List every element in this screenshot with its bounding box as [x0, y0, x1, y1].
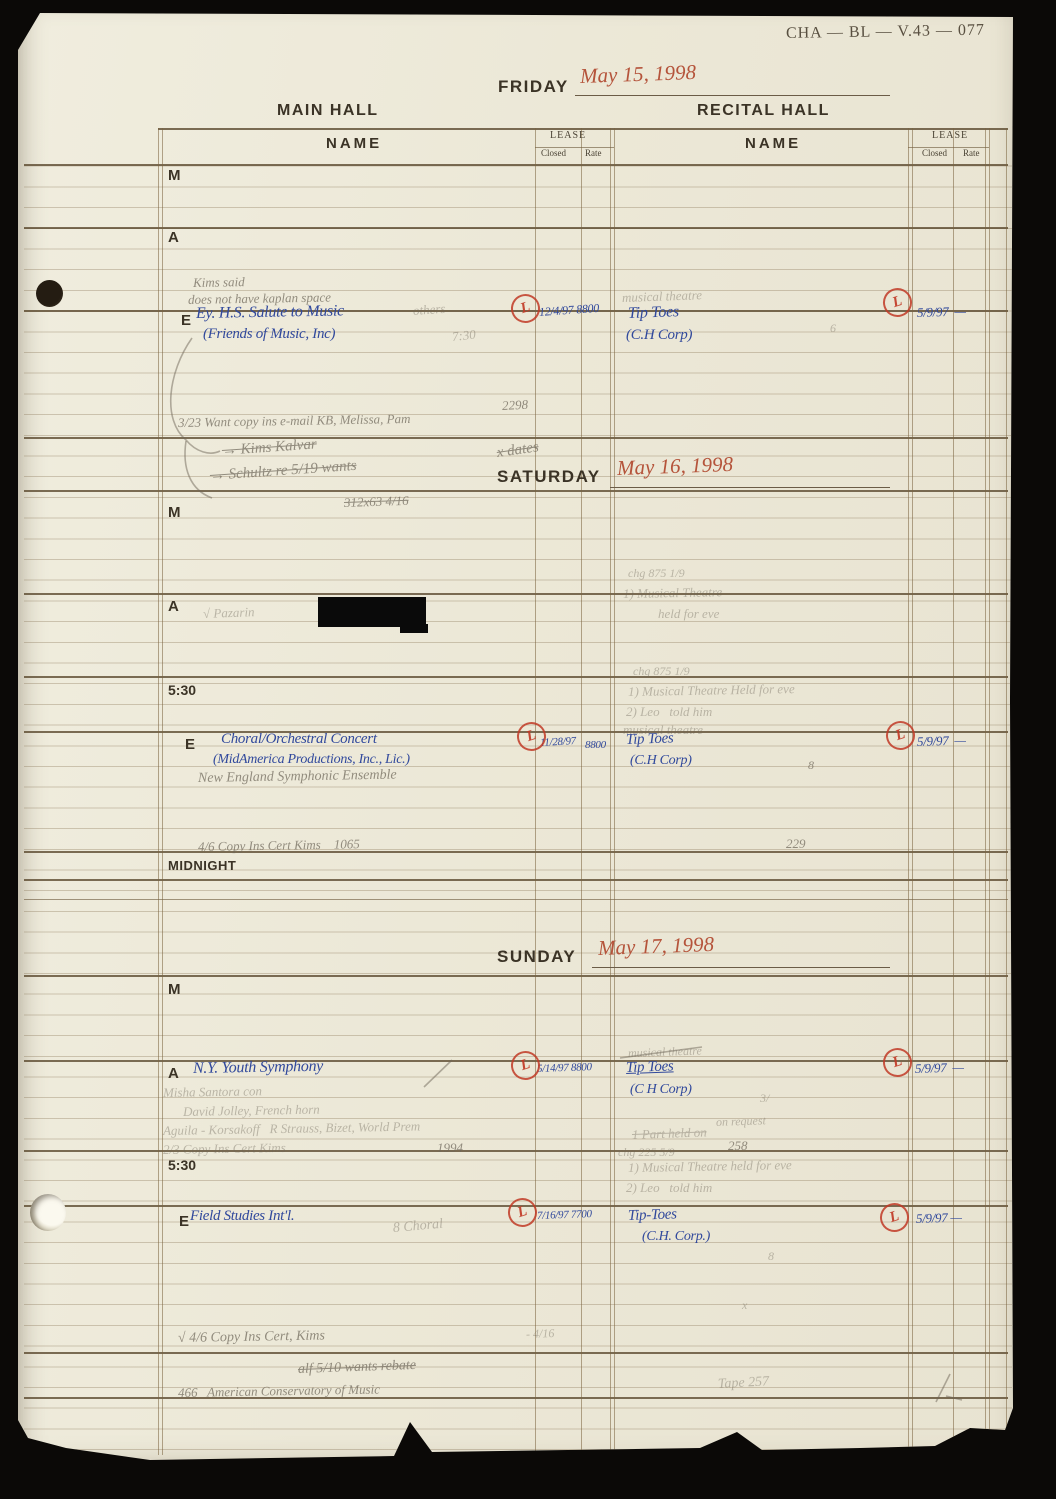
lease-header-recital: LEASE	[932, 131, 968, 141]
note-312: 312x63 4/16	[344, 494, 409, 510]
note-santora: Misha Santora con	[163, 1084, 262, 1099]
scan-background: CHA — BL — V.43 — 077FRIDAYMay 15, 1998M…	[0, 0, 1056, 1499]
hole-punch-bottom	[30, 1194, 66, 1231]
time-label-530: 5:30	[168, 1158, 196, 1173]
time-label-530: 5:30	[168, 683, 196, 698]
entry-friday-main-e: Ey. H.S. Salute to Music	[196, 303, 344, 322]
time-label-morning: M	[168, 505, 181, 521]
note-8-sat: 8	[808, 759, 814, 771]
note-part-held: 1 Part held on	[632, 1125, 707, 1141]
note-6: 6	[830, 322, 836, 334]
note-2298: 2298	[502, 398, 529, 413]
note-8-sun: 8	[768, 1250, 774, 1262]
entry-friday-main-e2: (Friends of Music, Inc)	[203, 327, 335, 343]
time-label-midnight: MIDNIGHT	[168, 859, 236, 873]
lease-saturday-recital: 5/9/97 —	[917, 733, 966, 748]
note-others: others	[413, 302, 446, 318]
note-held-eve-1: held for eve	[658, 607, 719, 621]
lease-saturday-main-rate: 8800	[585, 740, 606, 751]
note-416: - 4/16	[526, 1327, 555, 1340]
lease-closed-recital: Closed	[922, 149, 947, 158]
note-jolley: David Jolley, French horn	[183, 1103, 320, 1119]
day-saturday-label: SATURDAY	[497, 468, 601, 486]
hole-punch-top	[36, 280, 63, 307]
date-sunday-handwritten: May 17, 1998	[598, 934, 715, 960]
time-label-afternoon: A	[168, 1066, 179, 1082]
lease-sunday-main-e: 7/16/97 7700	[537, 1209, 592, 1222]
note-musical-theatre-fri: musical theatre	[622, 288, 702, 304]
note-chg875-1: chg 875 1/9	[628, 567, 685, 579]
entry-sunday-main-a: N.Y. Youth Symphony	[193, 1059, 323, 1078]
note-mus-theatre-1: 1) Musical Theatre	[623, 585, 722, 600]
lease-closed-main: Closed	[541, 149, 566, 158]
note-chg875-2: chg 875 1/9	[633, 665, 690, 677]
entry-friday-recital-e2: (C.H Corp)	[626, 328, 692, 344]
time-label-evening: E	[181, 313, 191, 329]
entry-saturday-recital-e: Tip Toes	[626, 731, 674, 748]
note-1994: 1994	[437, 1141, 463, 1155]
entry-saturday-recital-e2: (C.H Corp)	[630, 754, 692, 769]
note-tape-257: Tape 257	[718, 1375, 770, 1392]
note-730: 7:30	[451, 328, 476, 344]
entry-saturday-main-e: Choral/Orchestral Concert	[221, 732, 377, 748]
lease-sunday-recital-a: 5/9/97 —	[915, 1060, 964, 1075]
lease-rate-main: Rate	[585, 149, 602, 158]
date-friday-handwritten: May 15, 1998	[580, 62, 697, 88]
time-label-afternoon: A	[168, 230, 179, 246]
entry-friday-recital-e: Tip Toes	[628, 304, 679, 322]
note-leo-1: 2) Leo told him	[626, 705, 712, 719]
lease-friday-recital: 5/9/97 —	[917, 304, 966, 319]
note-23-copy: 2/3 Copy Ins Cert Kims	[163, 1141, 286, 1157]
pencil-stroke	[171, 338, 220, 453]
time-label-evening: E	[185, 737, 195, 753]
note-229: 229	[786, 837, 806, 851]
pencil-stroke	[946, 1396, 962, 1400]
entry-sunday-main-e: Field Studies Int'l.	[190, 1209, 294, 1225]
entry-sunday-recital-a: Tip Toes	[626, 1059, 674, 1076]
entry-sunday-recital-e: Tip-Toes	[628, 1207, 677, 1224]
day-sunday-label: SUNDAY	[497, 948, 576, 966]
ledger-page: CHA — BL — V.43 — 077FRIDAYMay 15, 1998M…	[18, 13, 1016, 1469]
archive-code: CHA — BL — V.43 — 077	[786, 23, 985, 43]
note-46-copy-sat: 4/6 Copy Ins Cert Kims 1065	[198, 837, 360, 853]
note-466-acm: 466 American Conservatory of Music	[178, 1382, 380, 1399]
note-musical-theatre-sun: musical theatre	[628, 1044, 702, 1059]
lease-sunday-recital-e: 5/9/97 —	[916, 1210, 962, 1225]
hall-title-main: MAIN HALL	[277, 103, 378, 120]
note-mus-theatre-2: 1) Musical Theatre Held for eve	[628, 682, 795, 698]
entry-sunday-recital-a2: (C H Corp)	[630, 1083, 692, 1098]
note-pazarin: √ Pazarin	[203, 605, 255, 620]
note-x-mark: x	[742, 1299, 747, 1311]
note-kims-said: Kims said	[193, 275, 245, 289]
note-258: 258	[728, 1139, 748, 1153]
lease-header-main: LEASE	[550, 131, 586, 141]
pencil-stroke	[424, 1060, 452, 1087]
page-content: CHA — BL — V.43 — 077FRIDAYMay 15, 1998M…	[0, 0, 1056, 1499]
col-header-name-main: NAME	[326, 136, 382, 152]
note-chg225: chg 225 5/9	[618, 1146, 675, 1158]
lease-sunday-main-a: 5/14/97 8800	[537, 1062, 592, 1075]
time-label-morning: M	[168, 168, 181, 184]
day-friday-label: FRIDAY	[498, 78, 569, 96]
time-label-afternoon: A	[168, 599, 179, 615]
lease-rate-recital: Rate	[963, 149, 980, 158]
time-label-evening: E	[179, 1214, 189, 1230]
note-leo-2: 2) Leo told him	[626, 1181, 712, 1195]
col-header-name-recital: NAME	[745, 136, 801, 152]
entry-sunday-recital-e2: (C.H. Corp.)	[642, 1230, 710, 1245]
hall-title-recital: RECITAL HALL	[697, 103, 830, 120]
note-on-request: on request	[716, 1114, 766, 1128]
pencil-stroke	[936, 1374, 950, 1402]
note-3-slash: 3/	[760, 1092, 769, 1104]
entry-saturday-main-e2: (MidAmerica Productions, Inc., Lic.)	[213, 753, 410, 768]
note-mus-theatre-3: 1) Musical Theatre held for eve	[628, 1158, 792, 1174]
note-46-copy-sun: √ 4/6 Copy Ins Cert, Kims	[178, 1329, 325, 1346]
time-label-morning: M	[168, 982, 181, 998]
date-saturday-handwritten: May 16, 1998	[617, 454, 734, 480]
